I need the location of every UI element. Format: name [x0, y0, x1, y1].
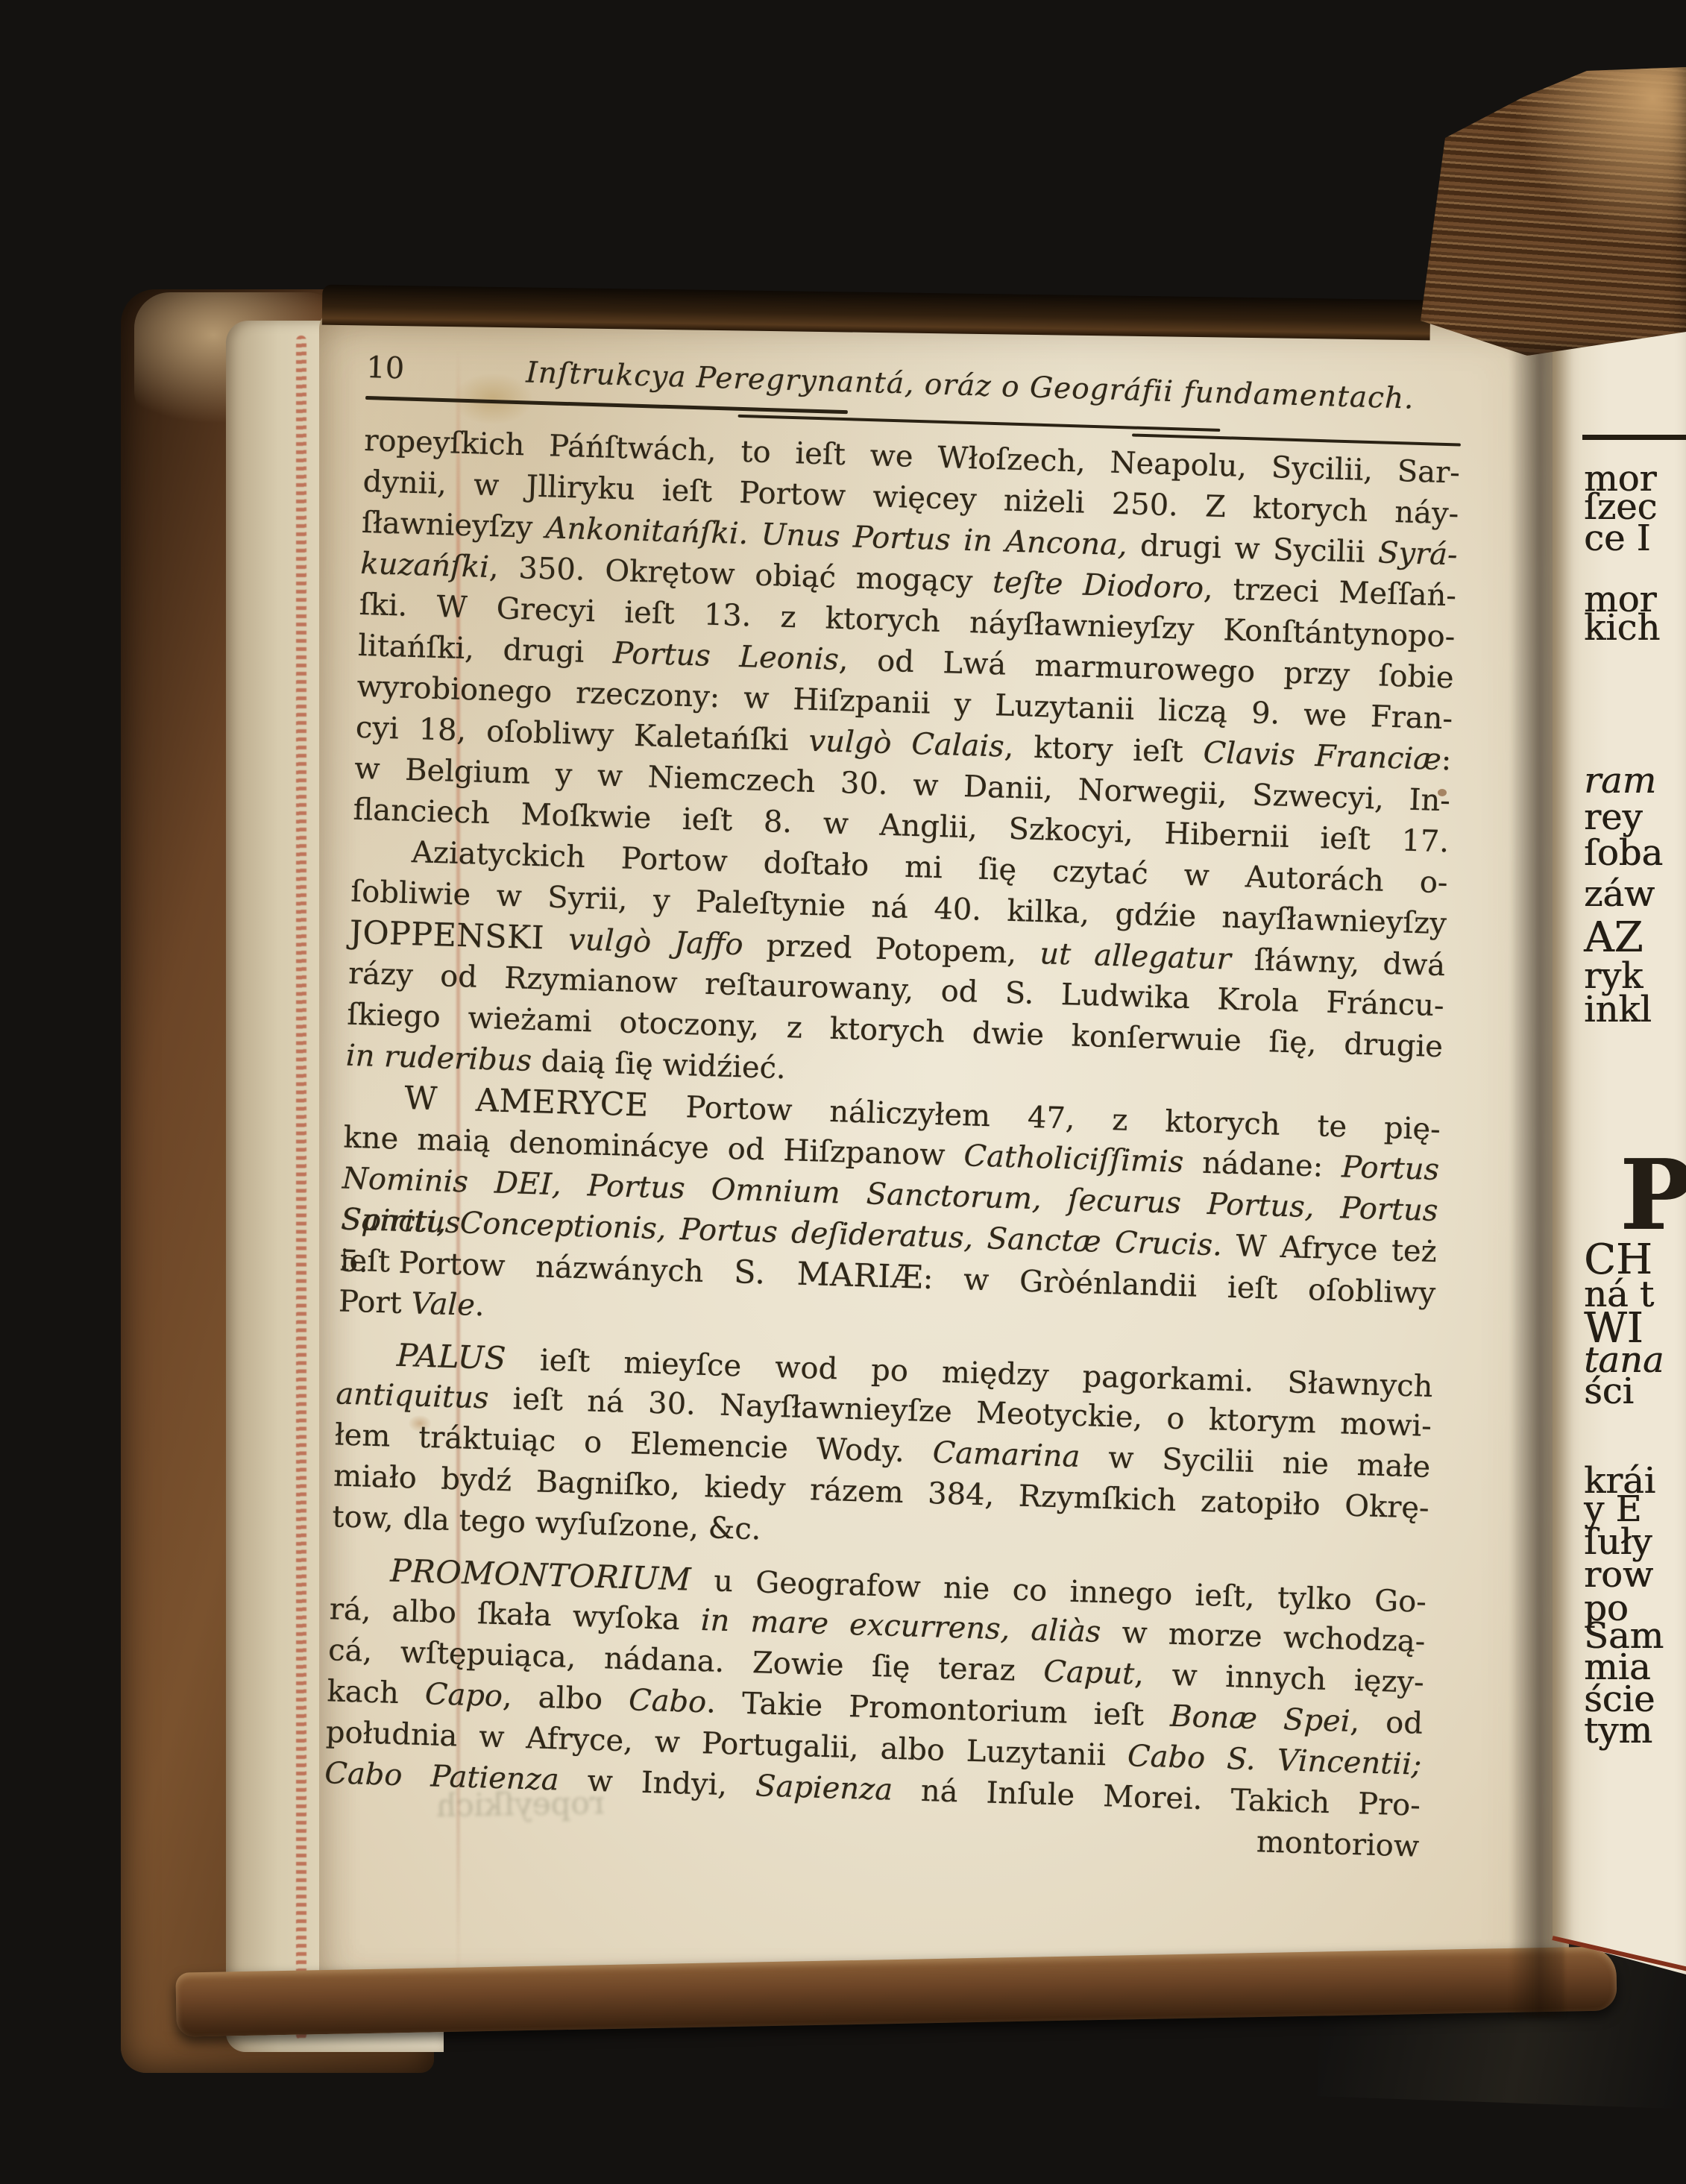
- text-run: teſte Diodoro: [993, 565, 1204, 605]
- text-run: Sapienza: [755, 1769, 893, 1807]
- right-page-text-fragment: záw: [1584, 876, 1655, 912]
- left-page-text: 10 Inſtrukcya Peregrynantá, oráz o Geogr…: [323, 350, 1462, 1868]
- right-page-text-fragment: ści: [1584, 1373, 1634, 1409]
- text-run: Syrá-: [1377, 535, 1458, 572]
- text-run: , od: [1350, 1705, 1424, 1741]
- text-run: Cabo S. Vincentii;: [1127, 1739, 1422, 1782]
- text-run: litańſki, drugi: [358, 629, 614, 670]
- text-run: S. MARIÆ: [734, 1253, 924, 1297]
- text-run: in ruderibus: [345, 1039, 532, 1078]
- text-run: .: [474, 1288, 485, 1323]
- text-run: ut allegatur: [1039, 937, 1232, 977]
- right-page-text-fragment: rey: [1584, 799, 1642, 835]
- text-run: Portus: [1341, 1150, 1440, 1187]
- right-page-text-fragment: kich: [1584, 610, 1660, 646]
- text-run: Clavis Franciæ: [1203, 736, 1442, 777]
- text-run: Ankonitańſki.: [545, 511, 749, 551]
- text-run: Cabo Patienza: [324, 1756, 560, 1797]
- text-run: Portus Leonis: [612, 636, 839, 677]
- text-run: Capo: [424, 1677, 503, 1713]
- fore-edge-block: [1408, 63, 1686, 356]
- text-run: w morze wchodzą-: [1101, 1615, 1426, 1659]
- text-run: kach: [327, 1674, 426, 1711]
- text-run: Camarina: [932, 1435, 1081, 1474]
- text-run: PALUS: [396, 1337, 506, 1376]
- text-run: przed Potopem,: [743, 928, 1040, 971]
- text-run: W AMERYCE: [404, 1080, 649, 1124]
- text-run: Unus Portus in Ancona,: [761, 517, 1127, 563]
- text-run: Vale: [411, 1286, 476, 1323]
- text-run: montoriow: [1256, 1825, 1419, 1863]
- text-run: Bonæ Spei: [1170, 1699, 1351, 1739]
- text-run: kuzańſki: [360, 547, 490, 585]
- text-run: daią ſię widźieć.: [531, 1044, 786, 1086]
- text-run: , trzeci Meſſań-: [1203, 571, 1456, 613]
- text-run: Caput: [1043, 1655, 1135, 1692]
- text-run: antiquitus: [336, 1376, 489, 1415]
- text-run: ſławnieyſzy: [361, 506, 546, 545]
- text-run: vulgò Calais: [808, 724, 1004, 764]
- left-page-lines: ropeyſkich Páńſtwách, to ieſt we Włoſzec…: [323, 421, 1461, 1868]
- text-run: PROMONTORIUM: [390, 1552, 692, 1598]
- right-page-text-fragment: AZ: [1584, 917, 1643, 959]
- page-number: 10: [366, 350, 479, 388]
- text-run: , albo: [502, 1679, 629, 1717]
- right-page-text-fragment: tym: [1584, 1713, 1652, 1749]
- text-run: w Sycilii nie małe: [1080, 1440, 1431, 1485]
- text-run: , w innych ięzy-: [1134, 1657, 1425, 1700]
- text-run: vulgò Jaffo: [568, 922, 744, 962]
- right-page-text-fragment: ram: [1584, 763, 1656, 799]
- text-run: nádane:: [1183, 1145, 1342, 1184]
- text-run: , ktory ieſt: [1004, 730, 1204, 770]
- text-run: drugi w Sycilii: [1127, 528, 1379, 570]
- text-run: Catholiciſſimis: [963, 1139, 1184, 1180]
- text-run: ſłáwny, dwá: [1230, 942, 1446, 984]
- text-run: Cabo: [628, 1683, 706, 1719]
- book-photo: ropeyſkich 10 Inſtrukcya Peregrynantá, o…: [0, 0, 1686, 2184]
- text-run: [748, 517, 762, 551]
- red-page-edge: [296, 336, 306, 2040]
- text-run: rá, albo ſkała wyſoka: [329, 1592, 701, 1637]
- right-page-text-fragment: PO: [1620, 1147, 1686, 1244]
- text-run: JOPPENSKI: [349, 914, 569, 958]
- header-rule-segment: [737, 415, 1220, 432]
- header-rule-segment: [1132, 433, 1461, 446]
- text-run: :: [1441, 743, 1452, 777]
- text-run: w Indyi,: [559, 1763, 756, 1803]
- text-run: Port: [338, 1284, 412, 1321]
- right-page-text-fragment: ſoba: [1584, 835, 1663, 871]
- right-page-text-fragment: inkl: [1584, 992, 1652, 1028]
- right-page-header-rule: [1582, 435, 1686, 440]
- right-page-text-fragment: ce I: [1584, 520, 1651, 556]
